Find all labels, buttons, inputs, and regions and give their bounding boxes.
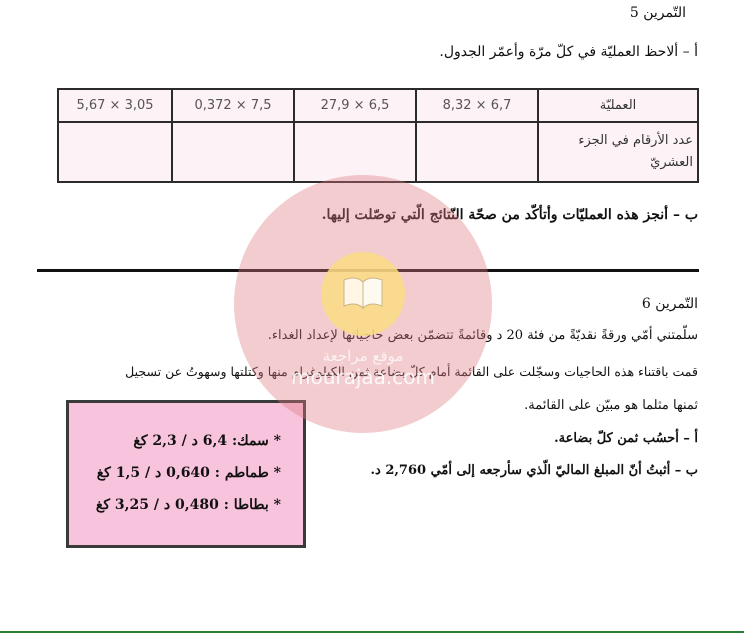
open-book-icon <box>341 274 385 310</box>
shopping-item-tomatoes: * طماطم : 0,640 د / 1,5 كغ <box>97 465 281 481</box>
answer-cell[interactable] <box>294 122 416 182</box>
exercise6-line3: ثمنها مثلما هو مبيّن على القائمة. <box>524 398 698 413</box>
answer-cell[interactable] <box>58 122 172 182</box>
operations-table: العمليّة 6,7 × 8,32 6,5 × 27,9 7,5 × 0,3… <box>57 88 699 183</box>
exercise6-part-a: أ – أحسُب ثمن كلّ بضاعة. <box>554 431 698 446</box>
operation-cell: 6,7 × 8,32 <box>416 89 538 122</box>
exercise5-title: التّمرين 5 <box>630 5 686 21</box>
section-divider <box>37 269 699 272</box>
answer-cell[interactable] <box>416 122 538 182</box>
exercise6-line1: سلّمتني أمّي ورقةً نقديّةً من فئة 20 د و… <box>268 328 698 343</box>
operation-cell: 6,5 × 27,9 <box>294 89 416 122</box>
watermark-arabic: موقع مراجعة <box>234 347 492 365</box>
shopping-item-potatoes: * بطاطا : 0,480 د / 3,25 كغ <box>96 497 281 513</box>
exercise5-part-a: أ – ألاحظ العمليّة في كلّ مرّة وأعمّر ال… <box>439 44 698 60</box>
exercise6-line2: قمت باقتناء هذه الحاجيات وسجّلت على القا… <box>125 364 698 379</box>
watermark-badge <box>321 252 405 336</box>
operation-cell: 3,05 × 5,67 <box>58 89 172 122</box>
operation-cell: 7,5 × 0,372 <box>172 89 294 122</box>
exercise6-part-b: ب – أثبتُ أنّ المبلغ الماليّ الّذي سأرجع… <box>370 463 698 478</box>
exercise5-part-b: ب – أنجز هذه العمليّات وأتأكّد من صحّة ا… <box>322 207 698 223</box>
shopping-list: * سمك: 6,4 د / 2,3 كغ * طماطم : 0,640 د … <box>66 400 306 548</box>
exercise6-title: التّمرين 6 <box>642 296 698 312</box>
answer-cell[interactable] <box>172 122 294 182</box>
shopping-item-fish: * سمك: 6,4 د / 2,3 كغ <box>133 433 281 449</box>
row-header-operation: العمليّة <box>538 89 698 122</box>
row-header-decimal-digits: عدد الأرقام في الجزء العشريّ <box>538 122 698 182</box>
